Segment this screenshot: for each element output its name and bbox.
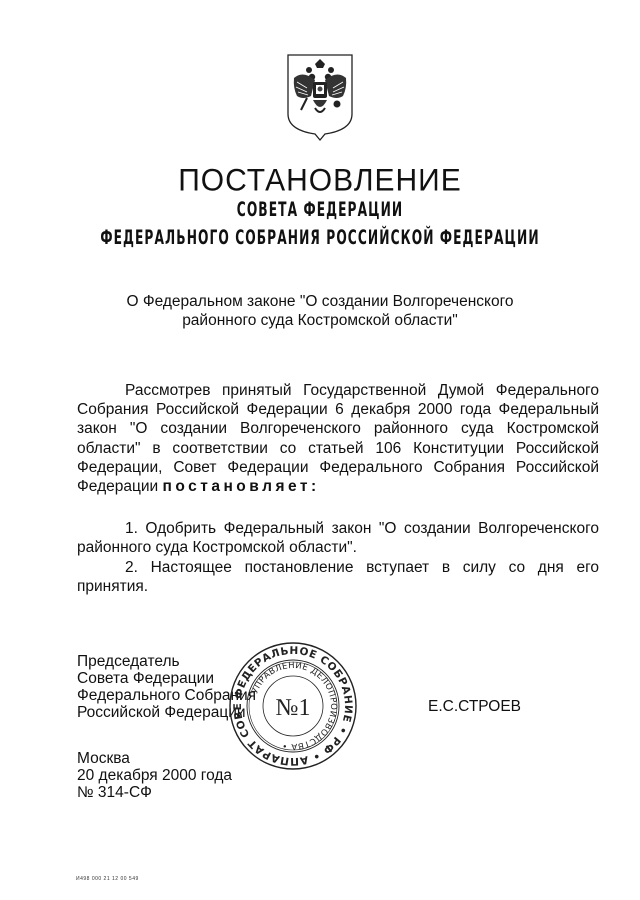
official-stamp-icon: ФЕДЕРАЛЬНОЕ СОБРАНИЕ • РФ • АППАРАТ СОВЕ… [227, 640, 359, 772]
item-1-paragraph: 1. Одобрить Федеральный закон "О создани… [77, 519, 599, 557]
item-1-text: 1. Одобрить Федеральный закон "О создани… [77, 519, 599, 557]
document-number: № 314-СФ [77, 784, 232, 801]
item-2-paragraph: 2. Настоящее постановление вступает в си… [77, 558, 599, 596]
law-title-line-2: районного суда Костромской области" [80, 311, 560, 330]
stamp-center-number: №1 [276, 695, 311, 721]
print-code: И498 000 21 12 00 549 [76, 876, 139, 882]
coat-of-arms-icon [285, 52, 355, 142]
decree-word: постановляет: [162, 478, 319, 495]
document-subtitle-council: СОВЕТА ФЕДЕРАЦИИ [90, 199, 551, 222]
document-title: ПОСТАНОВЛЕНИЕ [0, 163, 640, 199]
law-title-line-1: О Федеральном законе "О создании Волгоре… [80, 292, 560, 311]
law-title: О Федеральном законе "О создании Волгоре… [80, 292, 560, 330]
item-2-text: 2. Настоящее постановление вступает в си… [77, 558, 599, 596]
place-date-block: Москва 20 декабря 2000 года № 314-СФ [77, 750, 232, 801]
preamble-paragraph: Рассмотрев принятый Государственной Думо… [77, 381, 599, 496]
preamble-text: Рассмотрев принятый Государственной Думо… [77, 382, 599, 495]
document-page: ПОСТАНОВЛЕНИЕ СОВЕТА ФЕДЕРАЦИИ ФЕДЕРАЛЬН… [0, 0, 640, 900]
document-subtitle-assembly: ФЕДЕРАЛЬНОГО СОБРАНИЯ РОССИЙСКОЙ ФЕДЕРАЦ… [90, 227, 551, 250]
date: 20 декабря 2000 года [77, 767, 232, 784]
signer-name: Е.С.СТРОЕВ [428, 698, 521, 716]
city: Москва [77, 750, 232, 767]
